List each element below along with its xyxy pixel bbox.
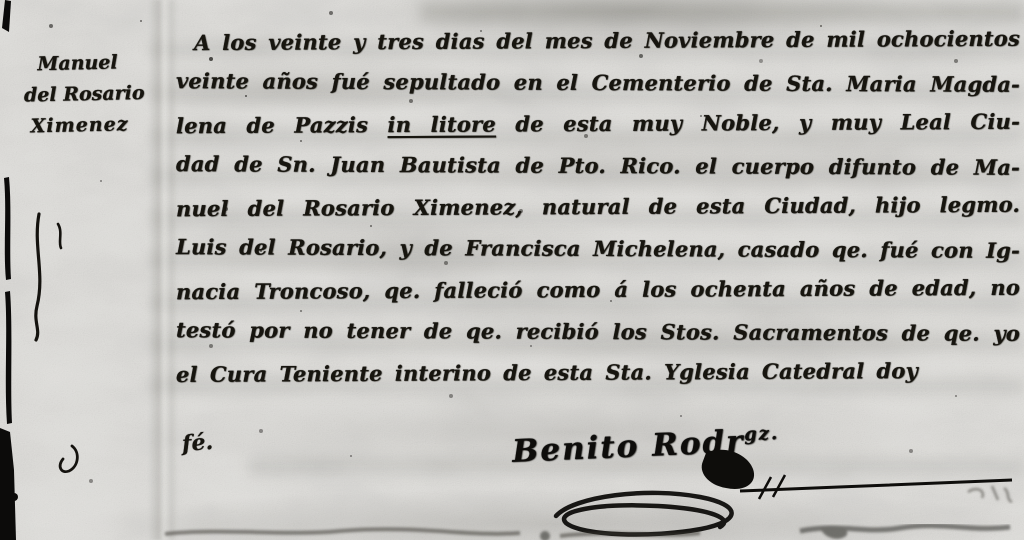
record-line: veinte años fué sepultado en el Cementer… — [176, 60, 1020, 105]
record-line: testó por no tener de qe. recibió los St… — [176, 309, 1020, 354]
record-line-text: lena de Pazzis — [176, 112, 388, 138]
record-line: A los veinte y tres dias del mes de Novi… — [176, 18, 1020, 64]
margin-note-decedent-name: Manuel del Rosario Ximenez — [23, 47, 167, 143]
margin-flourish — [36, 214, 77, 472]
attestation-fe: fé. — [181, 429, 214, 457]
bleed-through-marks — [165, 526, 1010, 540]
record-line: dad de Sn. Juan Bautista de Pto. Rico. e… — [176, 143, 1020, 188]
record-line: el Cura Teniente interino de esta Sta. Y… — [176, 350, 918, 395]
scanned-burial-record-page: Manuel del Rosario Ximenez A los veinte … — [0, 0, 1024, 540]
record-line: nuel del Rosario Ximenez, natural de est… — [176, 184, 1020, 230]
binding-edge — [0, 0, 18, 540]
margin-note-line: del Rosario — [24, 78, 167, 112]
record-line: nacia Troncoso, qe. falleció como á los … — [176, 267, 1020, 313]
underlined-latin-phrase: in litore — [387, 112, 496, 138]
margin-note-line: Ximenez — [24, 109, 167, 143]
record-text-block: A los veinte y tres dias del mes de Novi… — [176, 20, 1020, 394]
record-line: lena de Pazzis in litore de esta muy Nob… — [176, 101, 1020, 147]
ink-speckles — [0, 0, 2, 2]
faint-right-marks — [968, 486, 1012, 502]
record-line-text: de esta muy Noble, y muy Leal Ciu- — [496, 109, 1020, 137]
record-line: Luis del Rosario, y de Francisca Michele… — [176, 226, 1020, 271]
signature-superscript: gz. — [744, 423, 780, 446]
margin-note-line: Manuel — [23, 47, 166, 81]
